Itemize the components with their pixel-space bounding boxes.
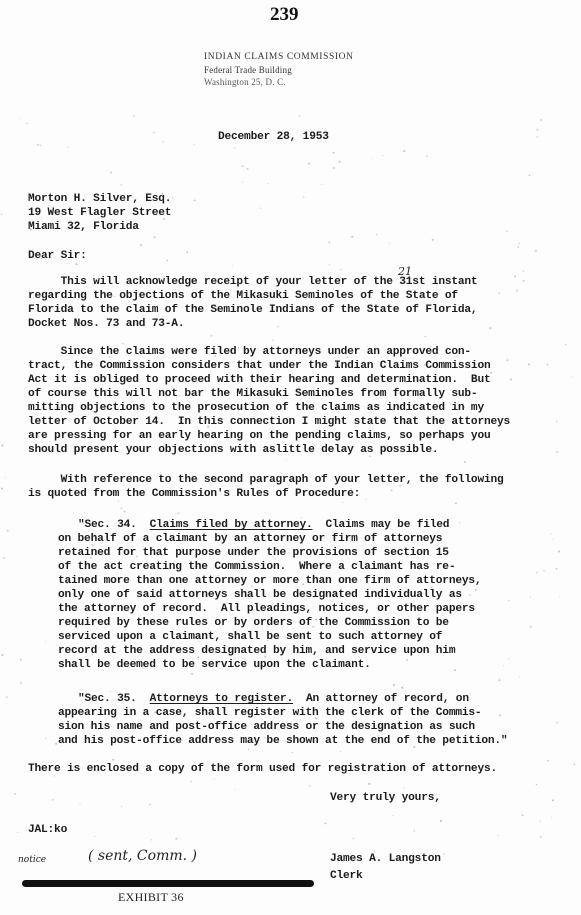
signer-title: Clerk: [330, 870, 363, 882]
paragraph-line: With reference to the second paragraph o…: [28, 474, 504, 486]
paragraph-line: should present your objections with asli…: [28, 444, 438, 456]
paragraph-line: Docket Nos. 73 and 73-A.: [28, 318, 184, 330]
quote-line: retained for that purpose under the prov…: [58, 547, 449, 559]
paragraph-line: is quoted from the Commission's Rules of…: [28, 488, 360, 500]
paragraph-line: letter of October 14. In this connection…: [28, 416, 510, 428]
quote-line: of the act creating the Commission. Wher…: [58, 561, 455, 573]
quote-line: serviced upon a claimant, shall be sent …: [58, 631, 442, 643]
paragraph-line: Florida to the claim of the Seminole Ind…: [28, 304, 477, 316]
sec-35-first-line: "Sec. 35. Attorneys to register. An atto…: [78, 693, 469, 705]
quote-line: shall be deemed to be service upon the c…: [58, 659, 371, 671]
paragraph-line: of course this will not bar the Mikasuki…: [28, 388, 477, 400]
paragraph-line: Act it is obliged to proceed with their …: [28, 374, 490, 386]
quote-line: and his post-office address may be shown…: [58, 735, 507, 747]
sec-35-prefix: "Sec. 35.: [78, 693, 150, 705]
paragraph-line: are pressing for an early hearing on the…: [28, 430, 490, 442]
exhibit-label: EXHIBIT 36: [118, 890, 184, 905]
closing-paragraph: There is enclosed a copy of the form use…: [28, 763, 497, 775]
quote-line: appearing in a case, shall register with…: [58, 707, 481, 719]
quote-line: on behalf of a claimant by an attorney o…: [58, 533, 442, 545]
handwritten-note: ( sent, Comm. ): [88, 848, 197, 864]
paragraph-line: This will acknowledge receipt of your le…: [28, 276, 477, 288]
page-number: 239: [270, 4, 299, 26]
quote-line: tained more than one attorney or more th…: [58, 575, 481, 587]
quote-line: record at the address designated by him,…: [58, 645, 455, 657]
salutation: Dear Sir:: [28, 250, 87, 262]
quote-line: required by these rules or by orders of …: [58, 617, 449, 629]
typist-initials: JAL:ko: [28, 824, 67, 836]
paragraph-line: mitting objections to the prosecution of…: [28, 402, 484, 414]
closing: Very truly yours,: [330, 792, 441, 804]
quote-line: sion his name and post-office address or…: [58, 721, 475, 733]
paragraph-line: regarding the objections of the Mikasuki…: [28, 290, 458, 302]
quote-line: only one of said attorneys shall be desi…: [58, 589, 462, 601]
recipient-city: Miami 32, Florida: [28, 221, 139, 233]
letterhead-city: Washington 25, D. C.: [204, 77, 286, 87]
letterhead-building: Federal Trade Building: [204, 65, 292, 75]
paragraph-line: tract, the Commission considers that und…: [28, 360, 490, 372]
sec-34-heading: Claims filed by attorney.: [150, 519, 313, 531]
sec-34-first-line-rest: Claims may be filed: [313, 519, 450, 531]
redaction-bar: [22, 880, 314, 887]
letter-page: 239 INDIAN CLAIMS COMMISSION Federal Tra…: [0, 0, 581, 915]
letter-date: December 28, 1953: [218, 131, 329, 143]
recipient-street: 19 West Flagler Street: [28, 207, 171, 219]
letterhead-org: INDIAN CLAIMS COMMISSION: [204, 52, 354, 62]
paragraph-line: Since the claims were filed by attorneys…: [28, 346, 471, 358]
sec-34-prefix: "Sec. 34.: [78, 519, 150, 531]
sec-35-heading: Attorneys to register.: [150, 693, 293, 705]
sec-35-first-line-rest: An attorney of record, on: [293, 693, 469, 705]
signer-name: James A. Langston: [330, 853, 441, 865]
recipient-name: Morton H. Silver, Esq.: [28, 193, 171, 205]
handwritten-note-left: notice: [18, 855, 46, 865]
sec-34-first-line: "Sec. 34. Claims filed by attorney. Clai…: [78, 519, 449, 531]
quote-line: the attorney of record. All pleadings, n…: [58, 603, 475, 615]
